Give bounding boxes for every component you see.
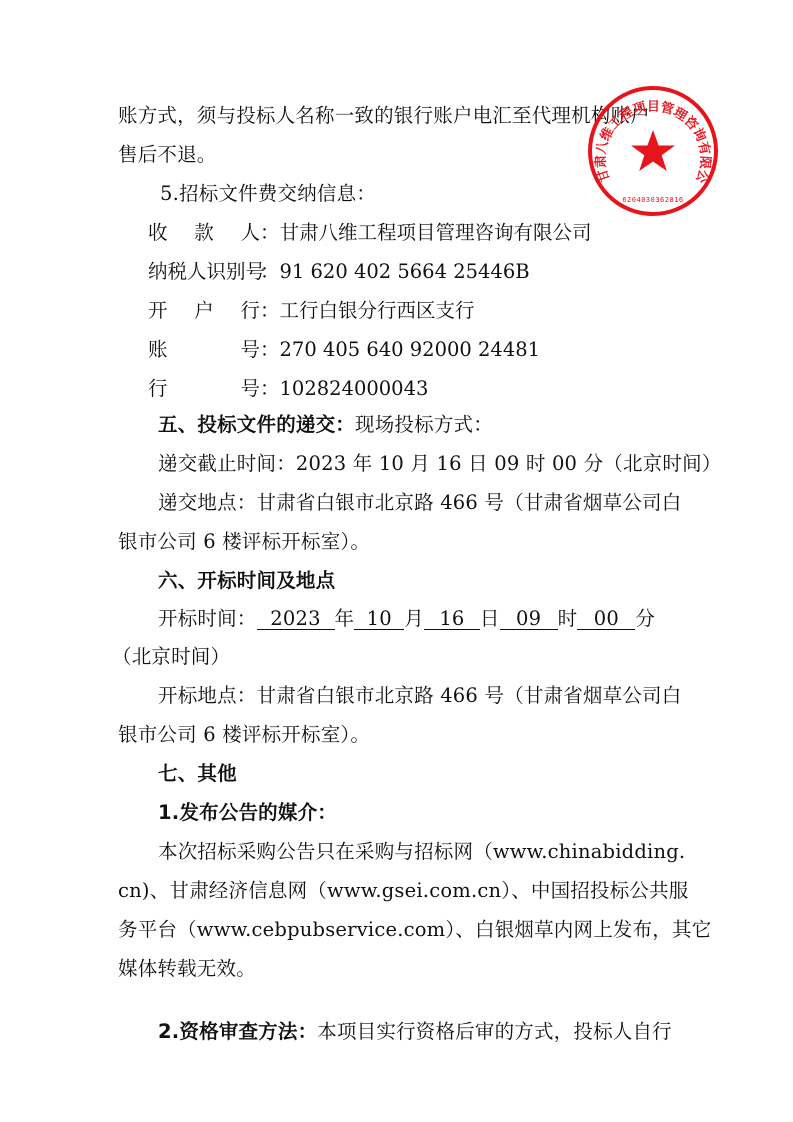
media-line-3: 务平台（www.cebpubservice.com）、白银烟草内网上发布，其它: [118, 918, 711, 942]
unit: 分: [635, 607, 655, 630]
svg-text:6204030362816: 6204030362816: [622, 196, 683, 204]
separator: ：: [260, 377, 280, 400]
key-char: 款: [194, 221, 214, 245]
intro-line-2: 售后不退。: [118, 143, 217, 167]
section-7-heading: 七、其他: [158, 762, 237, 786]
fee-row-payee: 收 款 人 ：甘肃八维工程项目管理咨询有限公司: [148, 221, 592, 245]
fee-row-key: 账 号: [148, 338, 260, 362]
fee-row-value: 甘肃八维工程项目管理咨询有限公司: [280, 221, 592, 244]
section-5-heading-text: 五、投标文件的递交：: [158, 413, 355, 436]
fee-row-key: 收 款 人: [148, 221, 260, 245]
key-char: 行: [148, 377, 168, 401]
opening-month: 10: [354, 609, 404, 630]
key-char: 号: [240, 377, 260, 401]
unit: 年: [335, 607, 355, 630]
opening-year: 2023: [257, 609, 335, 630]
submission-location-line-1: 递交地点：甘肃省白银市北京路 466 号（甘肃省烟草公司白: [158, 491, 681, 515]
fee-row-account: 账 号 ：270 405 640 92000 24481: [148, 338, 540, 362]
section-6-heading: 六、开标时间及地点: [158, 569, 335, 593]
media-title: 1.发布公告的媒介：: [158, 801, 337, 825]
opening-location-line-2: 银市公司 6 楼评标开标室）。: [118, 723, 370, 747]
section-5-heading-tail: 现场投标方式：: [355, 413, 493, 436]
opening-day: 16: [424, 609, 480, 630]
section-5-heading: 五、投标文件的递交：现场投标方式：: [158, 413, 493, 437]
qualification-review-text: 本项目实行资格后审的方式，投标人自行: [317, 1020, 672, 1043]
fee-row-value: 工行白银分行西区支行: [280, 299, 475, 322]
fee-row-bank: 开 户 行 ：工行白银分行西区支行: [148, 299, 475, 323]
key-char: 收: [148, 221, 168, 245]
fee-row-key: 开 户 行: [148, 299, 260, 323]
media-line-2: cn)、甘肃经济信息网（www.gsei.com.cn）、中国招投标公共服: [118, 879, 689, 903]
key-char: 号: [240, 338, 260, 362]
separator: ：: [260, 221, 280, 244]
qualification-review-title: 2.资格审查方法：: [158, 1020, 317, 1043]
document-page: 账方式，须与投标人名称一致的银行账户电汇至代理机构账户 售后不退。 5.招标文件…: [0, 0, 793, 1122]
key-char: 户: [194, 299, 214, 323]
fee-row-taxid: 纳税人识别号：91 620 402 5664 25446B: [148, 260, 530, 284]
media-line-4: 媒体转载无效。: [118, 957, 256, 981]
opening-timezone: （北京时间）: [112, 645, 230, 669]
key-char: 人: [240, 221, 260, 245]
opening-time: 开标时间：2023年10月16日09时00分: [158, 607, 655, 631]
fee-row-key: 行 号: [148, 377, 260, 401]
company-seal-icon: 甘肃八维工程项目管理咨询有限公司 6204030362816: [586, 84, 720, 218]
opening-location-line-1: 开标地点：甘肃省白银市北京路 466 号（甘肃省烟草公司白: [158, 684, 681, 708]
qualification-review: 2.资格审查方法：本项目实行资格后审的方式，投标人自行: [158, 1020, 672, 1044]
submission-location-line-2: 银市公司 6 楼评标开标室）。: [118, 530, 370, 554]
unit: 日: [480, 607, 500, 630]
fee-section-title: 5.招标文件费交纳信息：: [160, 182, 376, 206]
fee-row-bank-code: 行 号 ：102824000043: [148, 377, 428, 401]
opening-hour: 09: [500, 609, 558, 630]
fee-row-value: 91 620 402 5664 25446B: [280, 260, 530, 283]
separator: ：: [260, 338, 280, 361]
intro-line-1: 账方式，须与投标人名称一致的银行账户电汇至代理机构账户: [118, 104, 650, 128]
opening-minute: 00: [577, 609, 635, 630]
fee-row-key: 纳税人识别号: [148, 260, 260, 284]
key-char: 行: [240, 299, 260, 323]
submission-deadline: 递交截止时间：2023 年 10 月 16 日 09 时 00 分（北京时间）: [158, 452, 721, 476]
svg-text:甘肃八维工程项目管理咨询有限公司: 甘肃八维工程项目管理咨询有限公司: [586, 84, 713, 186]
separator: ：: [260, 299, 280, 322]
unit: 时: [558, 607, 578, 630]
media-line-1: 本次招标采购公告只在采购与招标网（www.chinabidding.: [158, 840, 685, 864]
fee-row-value: 270 405 640 92000 24481: [280, 338, 541, 361]
separator: ：: [260, 260, 280, 283]
opening-time-label: 开标时间：: [158, 607, 257, 630]
key-char: 开: [148, 299, 168, 323]
unit: 月: [404, 607, 424, 630]
fee-row-value: 102824000043: [280, 377, 429, 400]
key-char: 账: [148, 338, 168, 362]
